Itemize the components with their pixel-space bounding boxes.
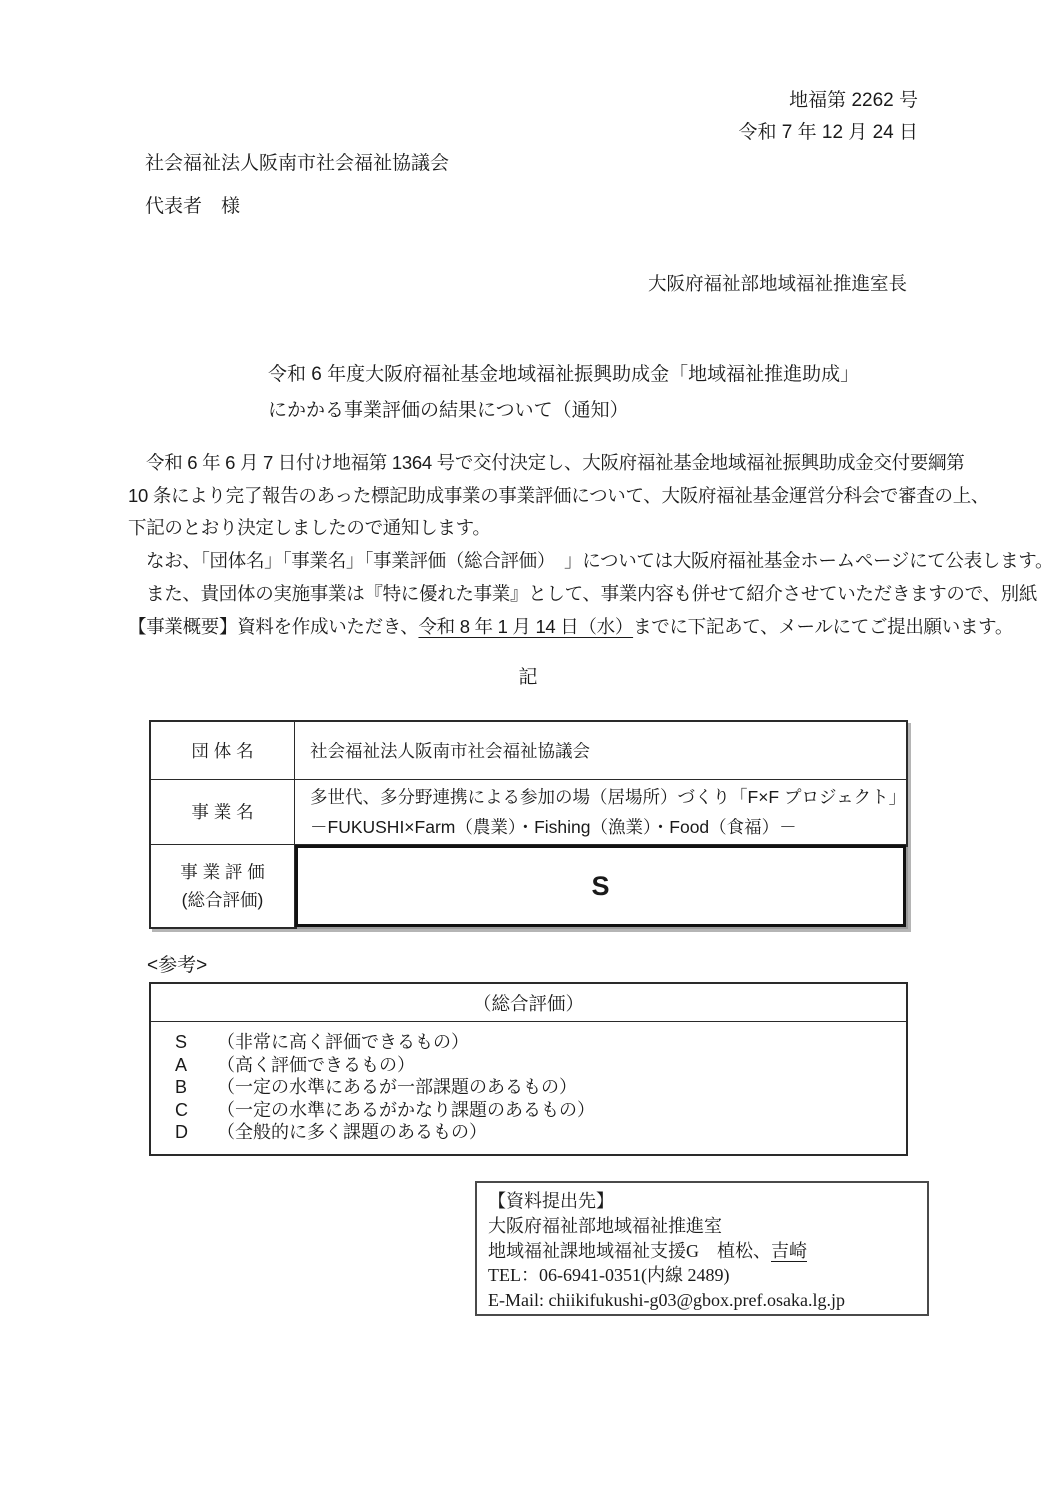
reference-table: （総合評価） S （非常に高く評価できるもの） A （高く評価できるもの） B … bbox=[149, 982, 908, 1156]
grade-letter: C bbox=[151, 1099, 197, 1122]
ki-marker: 記 bbox=[128, 662, 928, 689]
body-line-3: 下記のとおり決定しましたので通知します。 bbox=[128, 512, 948, 545]
doc-date: 令和 7 年 12 月 24 日 bbox=[738, 117, 918, 144]
contact-box-title: 【資料提出先】 bbox=[488, 1189, 916, 1214]
body-line-4: なお、「団体名」「事業名」「事業評価（総合評価） 」については大阪府福祉基金ホー… bbox=[128, 545, 948, 578]
grade-letter: A bbox=[151, 1054, 197, 1077]
evaluation-label-line-1: 事 業 評 価 bbox=[180, 858, 265, 886]
evaluation-label-line-2: (総合評価) bbox=[182, 886, 264, 914]
deadline-underlined: 令和 8 年 1 月 14 日（水） bbox=[418, 616, 633, 637]
grade-letter: S bbox=[151, 1031, 197, 1054]
grade-description: （高く評価できるもの） bbox=[197, 1054, 906, 1077]
subject-line-2: にかかる事業評価の結果について（通知） bbox=[268, 393, 859, 429]
grade-row-b: B （一定の水準にあるが一部課題のあるもの） bbox=[151, 1076, 906, 1099]
reference-table-body: S （非常に高く評価できるもの） A （高く評価できるもの） B （一定の水準に… bbox=[151, 1022, 906, 1154]
recipient-organization: 社会福祉法人阪南市社会福祉協議会 bbox=[145, 148, 449, 175]
project-value-line-2: －FUKUSHI×Farm（農業）・Fishing（漁業）・Food（食福）－ bbox=[310, 812, 906, 842]
body-line-2: 10 条により完了報告のあった標記助成事業の事業評価について、大阪府福祉基金運営… bbox=[128, 480, 948, 513]
contact-email: E-Mail: chiikifukushi-g03@gbox.pref.osak… bbox=[488, 1288, 916, 1313]
subject-line-1: 令和 6 年度大阪府福祉基金地域福祉振興助成金「地域福祉推進助成」 bbox=[268, 357, 859, 393]
body-line-1: 令和 6 年 6 月 7 日付け地福第 1364 号で交付決定し、大阪府福祉基金… bbox=[128, 447, 948, 480]
reference-table-header: （総合評価） bbox=[151, 984, 906, 1022]
contact-box: 【資料提出先】 大阪府福祉部地域福祉推進室 地域福祉課地域福祉支援G 植松、吉崎… bbox=[475, 1181, 929, 1316]
grade-description: （一定の水準にあるがかなり課題のあるもの） bbox=[197, 1099, 906, 1122]
doc-reference-number: 地福第 2262 号 bbox=[789, 85, 918, 112]
grade-description: （一定の水準にあるが一部課題のあるもの） bbox=[197, 1076, 906, 1099]
grade-row-s: S （非常に高く評価できるもの） bbox=[151, 1031, 906, 1054]
body-line-6: 【事業概要】資料を作成いただき、令和 8 年 1 月 14 日（水）までに下記あ… bbox=[128, 611, 948, 644]
body-paragraphs: 令和 6 年 6 月 7 日付け地福第 1364 号で交付決定し、大阪府福祉基金… bbox=[128, 447, 948, 643]
body-line-5: また、貴団体の実施事業は『特に優れた事業』として、事業内容も併せて紹介させていた… bbox=[128, 578, 948, 611]
contact-staff: 地域福祉課地域福祉支援G 植松、吉崎 bbox=[488, 1239, 916, 1264]
result-table: 団 体 名 社会福祉法人阪南市社会福祉協議会 事 業 名 多世代、多分野連携によ… bbox=[149, 720, 908, 929]
grade-row-a: A （高く評価できるもの） bbox=[151, 1054, 906, 1077]
grade-description: （非常に高く評価できるもの） bbox=[197, 1031, 906, 1054]
grade-description: （全般的に多く課題のあるもの） bbox=[197, 1121, 906, 1144]
org-label-cell: 団 体 名 bbox=[151, 722, 295, 779]
contact-staff-underlined: 吉崎 bbox=[771, 1241, 807, 1261]
project-value-line-1: 多世代、多分野連携による参加の場（居場所）づくり「F×F プロジェクト」 bbox=[310, 782, 906, 812]
grade-letter: D bbox=[151, 1121, 197, 1144]
document-page: 地福第 2262 号 令和 7 年 12 月 24 日 社会福祉法人阪南市社会福… bbox=[0, 0, 1058, 1497]
evaluation-label-cell: 事 業 評 価 (総合評価) bbox=[151, 845, 295, 927]
body-line-6-post: までに下記あて、メールにてご提出願います。 bbox=[633, 616, 1013, 637]
project-label-cell: 事 業 名 bbox=[151, 780, 295, 844]
reference-caption: <参考> bbox=[147, 950, 207, 977]
result-row-organization: 団 体 名 社会福祉法人阪南市社会福祉協議会 bbox=[151, 722, 906, 779]
org-value-cell: 社会福祉法人阪南市社会福祉協議会 bbox=[295, 722, 906, 779]
contact-office: 大阪府福祉部地域福祉推進室 bbox=[488, 1214, 916, 1239]
project-value-cell: 多世代、多分野連携による参加の場（居場所）づくり「F×F プロジェクト」 －FU… bbox=[295, 780, 906, 844]
sender-title: 大阪府福祉部地域福祉推進室長 bbox=[648, 270, 907, 296]
subject-block: 令和 6 年度大阪府福祉基金地域福祉振興助成金「地域福祉推進助成」 にかかる事業… bbox=[268, 357, 859, 429]
grade-row-d: D （全般的に多く課題のあるもの） bbox=[151, 1121, 906, 1144]
contact-tel: TEL：06-6941-0351(内線 2489) bbox=[488, 1263, 916, 1288]
result-row-evaluation: 事 業 評 価 (総合評価) S bbox=[151, 844, 906, 927]
grade-letter: B bbox=[151, 1076, 197, 1099]
grade-row-c: C （一定の水準にあるがかなり課題のあるもの） bbox=[151, 1099, 906, 1122]
recipient-honorific: 代表者 様 bbox=[145, 191, 240, 218]
contact-staff-pre: 地域福祉課地域福祉支援G 植松、 bbox=[488, 1241, 771, 1261]
body-line-6-pre: 【事業概要】資料を作成いただき、 bbox=[128, 616, 418, 637]
evaluation-grade-cell: S bbox=[295, 845, 906, 927]
result-row-project: 事 業 名 多世代、多分野連携による参加の場（居場所）づくり「F×F プロジェク… bbox=[151, 779, 906, 844]
